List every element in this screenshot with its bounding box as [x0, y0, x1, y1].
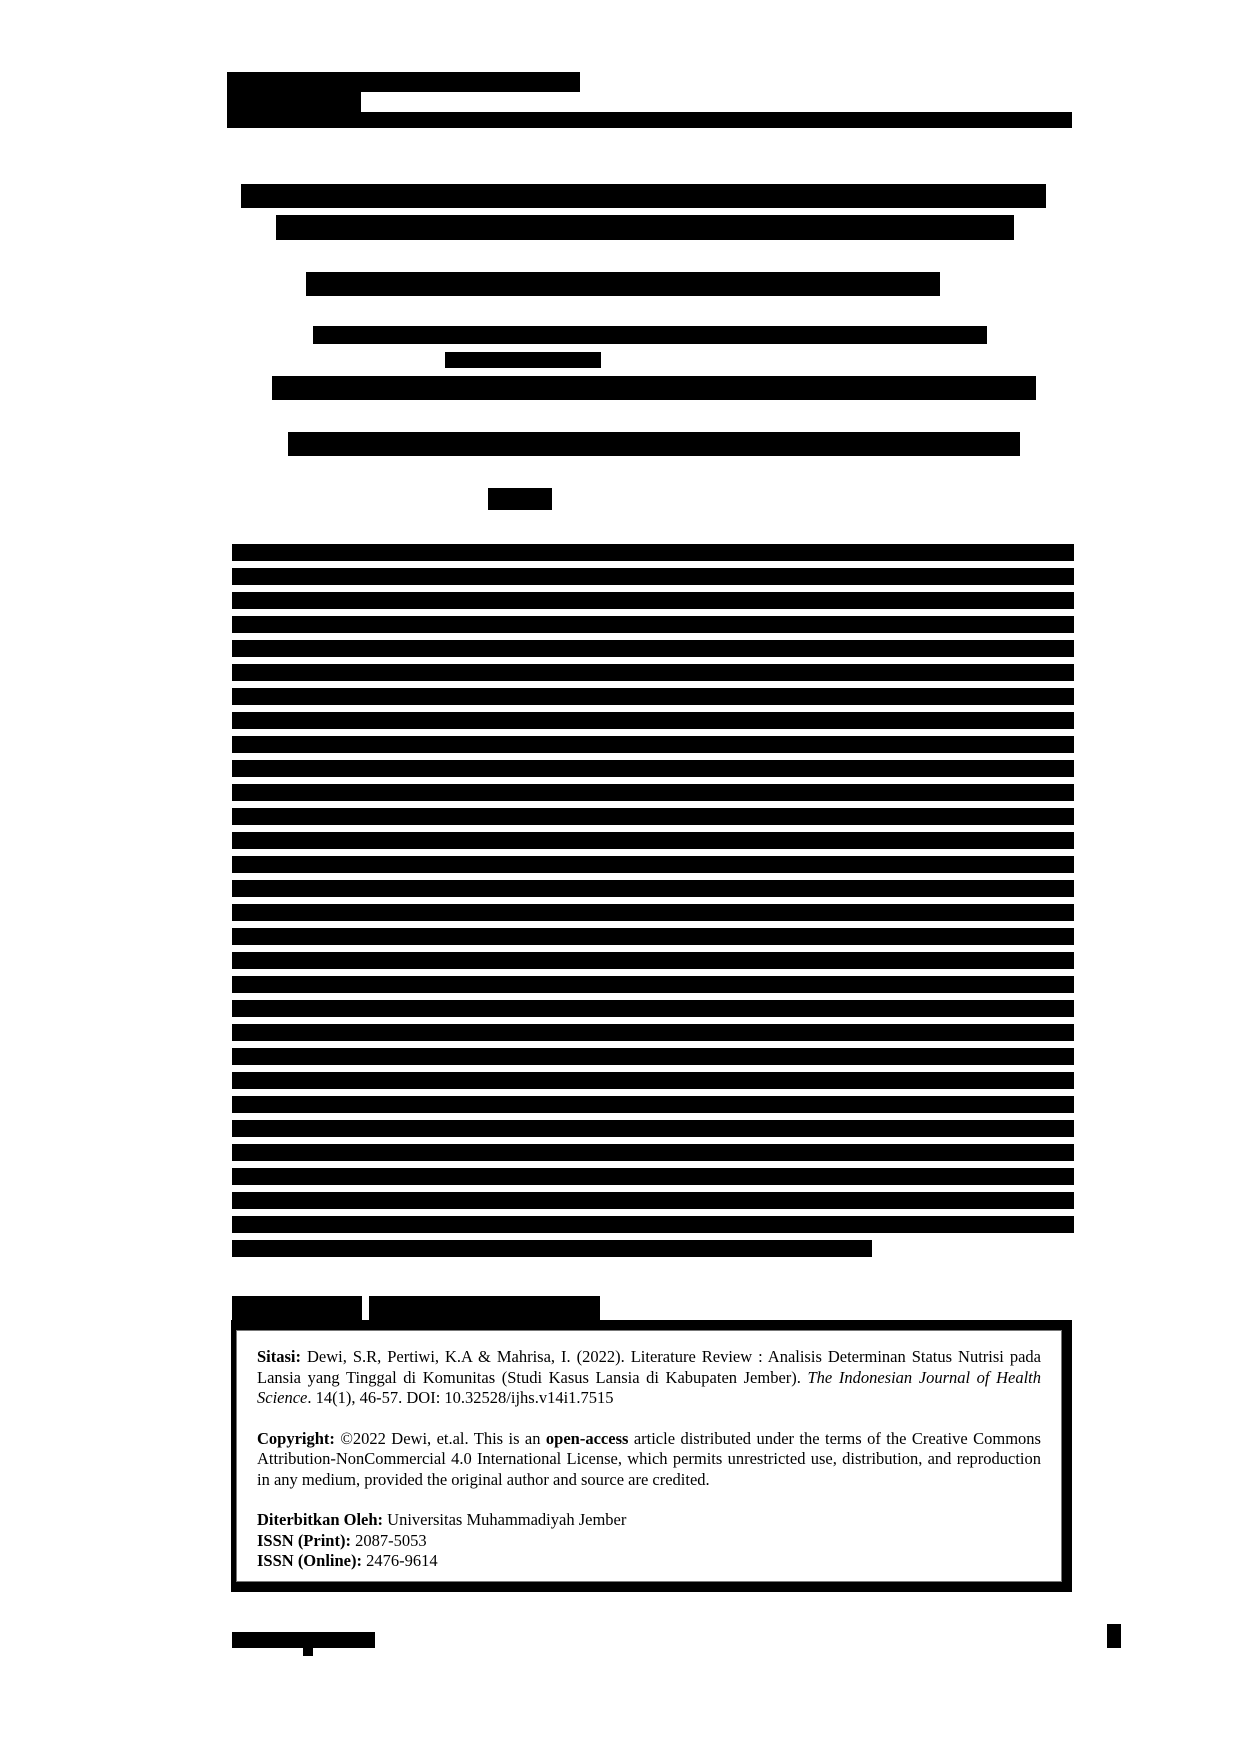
abstract-line-redacted: [232, 904, 1074, 921]
publisher-label: Diterbitkan Oleh:: [257, 1510, 383, 1529]
publisher-value: Universitas Muhammadiyah Jember: [383, 1510, 626, 1529]
abstract-line-redacted: [232, 736, 1074, 753]
abstract-line-redacted: [232, 1168, 1074, 1185]
abstract-line-redacted: [232, 688, 1074, 705]
affiliation-line-2-redacted: [445, 352, 601, 368]
abstract-line-redacted: [232, 1144, 1074, 1161]
title-line-1-redacted: [241, 184, 1046, 208]
abstract-line-redacted: [232, 808, 1074, 825]
abstract-line-redacted: [232, 616, 1074, 633]
affiliation-line-1-redacted: [313, 326, 987, 344]
issn-print-value: 2087-5053: [351, 1531, 427, 1550]
abstract-line-redacted: [232, 1192, 1074, 1209]
abstract-heading-redacted: [488, 488, 552, 510]
abstract-line-redacted: [232, 928, 1074, 945]
abstract-line-redacted: [232, 1000, 1074, 1017]
keywords-label-redacted: [232, 1296, 362, 1322]
abstract-line-redacted: [232, 832, 1074, 849]
abstract-line-redacted: [232, 760, 1074, 777]
abstract-line-redacted: [232, 664, 1074, 681]
abstract-line-redacted: [232, 1024, 1074, 1041]
issn-online-value: 2476-9614: [362, 1551, 438, 1570]
abstract-line-redacted: [232, 856, 1074, 873]
header-rule: [227, 112, 1072, 128]
journal-issue-redacted: [227, 92, 361, 114]
abstract-line-redacted: [232, 880, 1074, 897]
citation-box: Sitasi: Dewi, S.R, Pertiwi, K.A & Mahris…: [231, 1320, 1072, 1592]
abstract-line-redacted: [232, 1120, 1074, 1137]
dates-redacted: [288, 432, 1020, 456]
abstract-line-redacted: [232, 1240, 872, 1257]
issn-online-label: ISSN (Online):: [257, 1551, 362, 1570]
abstract-line-redacted: [232, 1072, 1074, 1089]
abstract-line-redacted: [232, 952, 1074, 969]
issn-print-label: ISSN (Print):: [257, 1531, 351, 1550]
abstract-line-redacted: [232, 976, 1074, 993]
abstract-line-redacted: [232, 784, 1074, 801]
affiliation-line-3-redacted: [272, 376, 1036, 400]
keywords-value-redacted: [369, 1296, 600, 1322]
copyright-pre: ©2022 Dewi, et.al. This is an: [335, 1429, 546, 1448]
sitasi-tail: . 14(1), 46-57. DOI: 10.32528/ijhs.v14i1…: [307, 1388, 613, 1407]
page-number-redacted: [1107, 1624, 1121, 1648]
copyright-text: Copyright: ©2022 Dewi, et.al. This is an…: [257, 1429, 1041, 1491]
copyright-label: Copyright:: [257, 1429, 335, 1448]
open-access-label: open-access: [546, 1429, 628, 1448]
abstract-line-redacted: [232, 712, 1074, 729]
abstract-line-redacted: [232, 1048, 1074, 1065]
issn-online-line: ISSN (Online): 2476-9614: [257, 1551, 1041, 1572]
citation-box-content: Sitasi: Dewi, S.R, Pertiwi, K.A & Mahris…: [236, 1330, 1062, 1582]
citation-text: Sitasi: Dewi, S.R, Pertiwi, K.A & Mahris…: [257, 1347, 1041, 1409]
abstract-line-redacted: [232, 640, 1074, 657]
footer-url-redacted[interactable]: [232, 1632, 375, 1648]
publisher-line: Diterbitkan Oleh: Universitas Muhammadiy…: [257, 1510, 1041, 1531]
abstract-line-redacted: [232, 1216, 1074, 1233]
abstract-line-redacted: [232, 544, 1074, 561]
journal-name-redacted: [227, 72, 580, 92]
authors-redacted: [306, 272, 940, 296]
title-line-2-redacted: [276, 215, 1014, 240]
abstract-line-redacted: [232, 1096, 1074, 1113]
sitasi-label: Sitasi:: [257, 1347, 301, 1366]
issn-print-line: ISSN (Print): 2087-5053: [257, 1531, 1041, 1552]
abstract-line-redacted: [232, 592, 1074, 609]
abstract-line-redacted: [232, 568, 1074, 585]
footer-url-descender: [303, 1648, 313, 1656]
